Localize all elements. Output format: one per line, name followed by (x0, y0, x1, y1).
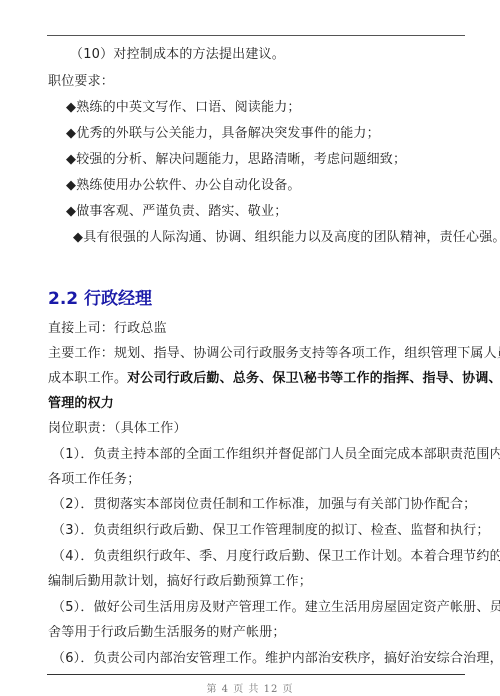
requirement-item: ◆优秀的外联与公关能力，具备解决突发事件的能力； (66, 126, 380, 142)
supervisor-line: 直接上司：行政总监 (48, 321, 167, 337)
requirement-item: ◆较强的分析、解决问题能力，思路清晰，考虑问题细致； (66, 152, 406, 168)
header-divider (47, 35, 465, 36)
duty-item-continuation: 舍等用于行政后勤生活服务的财产帐册； (48, 625, 286, 641)
section-heading: 2.2 行政经理 (48, 289, 152, 309)
requirement-item: ◆熟练的中英文写作、口语、阅读能力； (66, 100, 301, 116)
main-work-authority-text: 对公司行政后勤、总务、保卫\秘书等工作的指挥、指导、协调、监督、 (127, 371, 500, 386)
requirement-item: ◆做事客观、严谨负责、踏实、敬业； (66, 204, 287, 220)
page-number: 第 4 页 共 12 页 (0, 680, 500, 695)
main-work-authority-text: 管理的权力 (48, 396, 114, 412)
requirement-item: ◆具有很强的人际沟通、协调、组织能力以及高度的团队精神，责任心强。 (73, 230, 500, 246)
duty-item: （6）．负责公司内部治安管理工作。维护内部治安秩序，搞好治安综合治理，预防 (52, 651, 500, 667)
duty-item: （4）．负责组织行政年、季、月度行政后勤、保卫工作计划。本着合理节约的原则， (52, 549, 500, 565)
duty-item-continuation: 编制后勤用款计划，搞好行政后勤预算工作； (48, 574, 312, 590)
duties-title: 岗位职责：（具体工作） (48, 421, 187, 437)
duty-item: （1）．负责主持本部的全面工作组织并督促部门人员全面完成本部职责范围内的 (52, 447, 500, 463)
intro-item-10: （10）对控制成本的方法提出建议。 (70, 47, 285, 63)
main-work-line: 主要工作：规划、指导、协调公司行政服务支持等各项工作，组织管理下属人员完 (48, 346, 500, 362)
main-work-text: 成本职工作。 (48, 371, 127, 386)
requirements-title: 职位要求： (48, 74, 114, 90)
duty-item-continuation: 各项工作任务； (48, 472, 140, 488)
footer-divider (47, 674, 465, 675)
duty-item: （3）．负责组织行政后勤、保卫工作管理制度的拟订、检查、监督和执行； (52, 523, 490, 539)
duty-item: （5）．做好公司生活用房及财产管理工作。建立生活用房屋固定资产帐册、员工宿 (52, 600, 500, 616)
main-work-line: 成本职工作。对公司行政后勤、总务、保卫\秘书等工作的指挥、指导、协调、监督、 (48, 371, 500, 387)
requirement-item: ◆熟练使用办公软件、办公自动化设备。 (66, 178, 301, 194)
duty-item: （2）．贯彻落实本部岗位责任制和工作标准，加强与有关部门协作配合； (52, 497, 476, 513)
